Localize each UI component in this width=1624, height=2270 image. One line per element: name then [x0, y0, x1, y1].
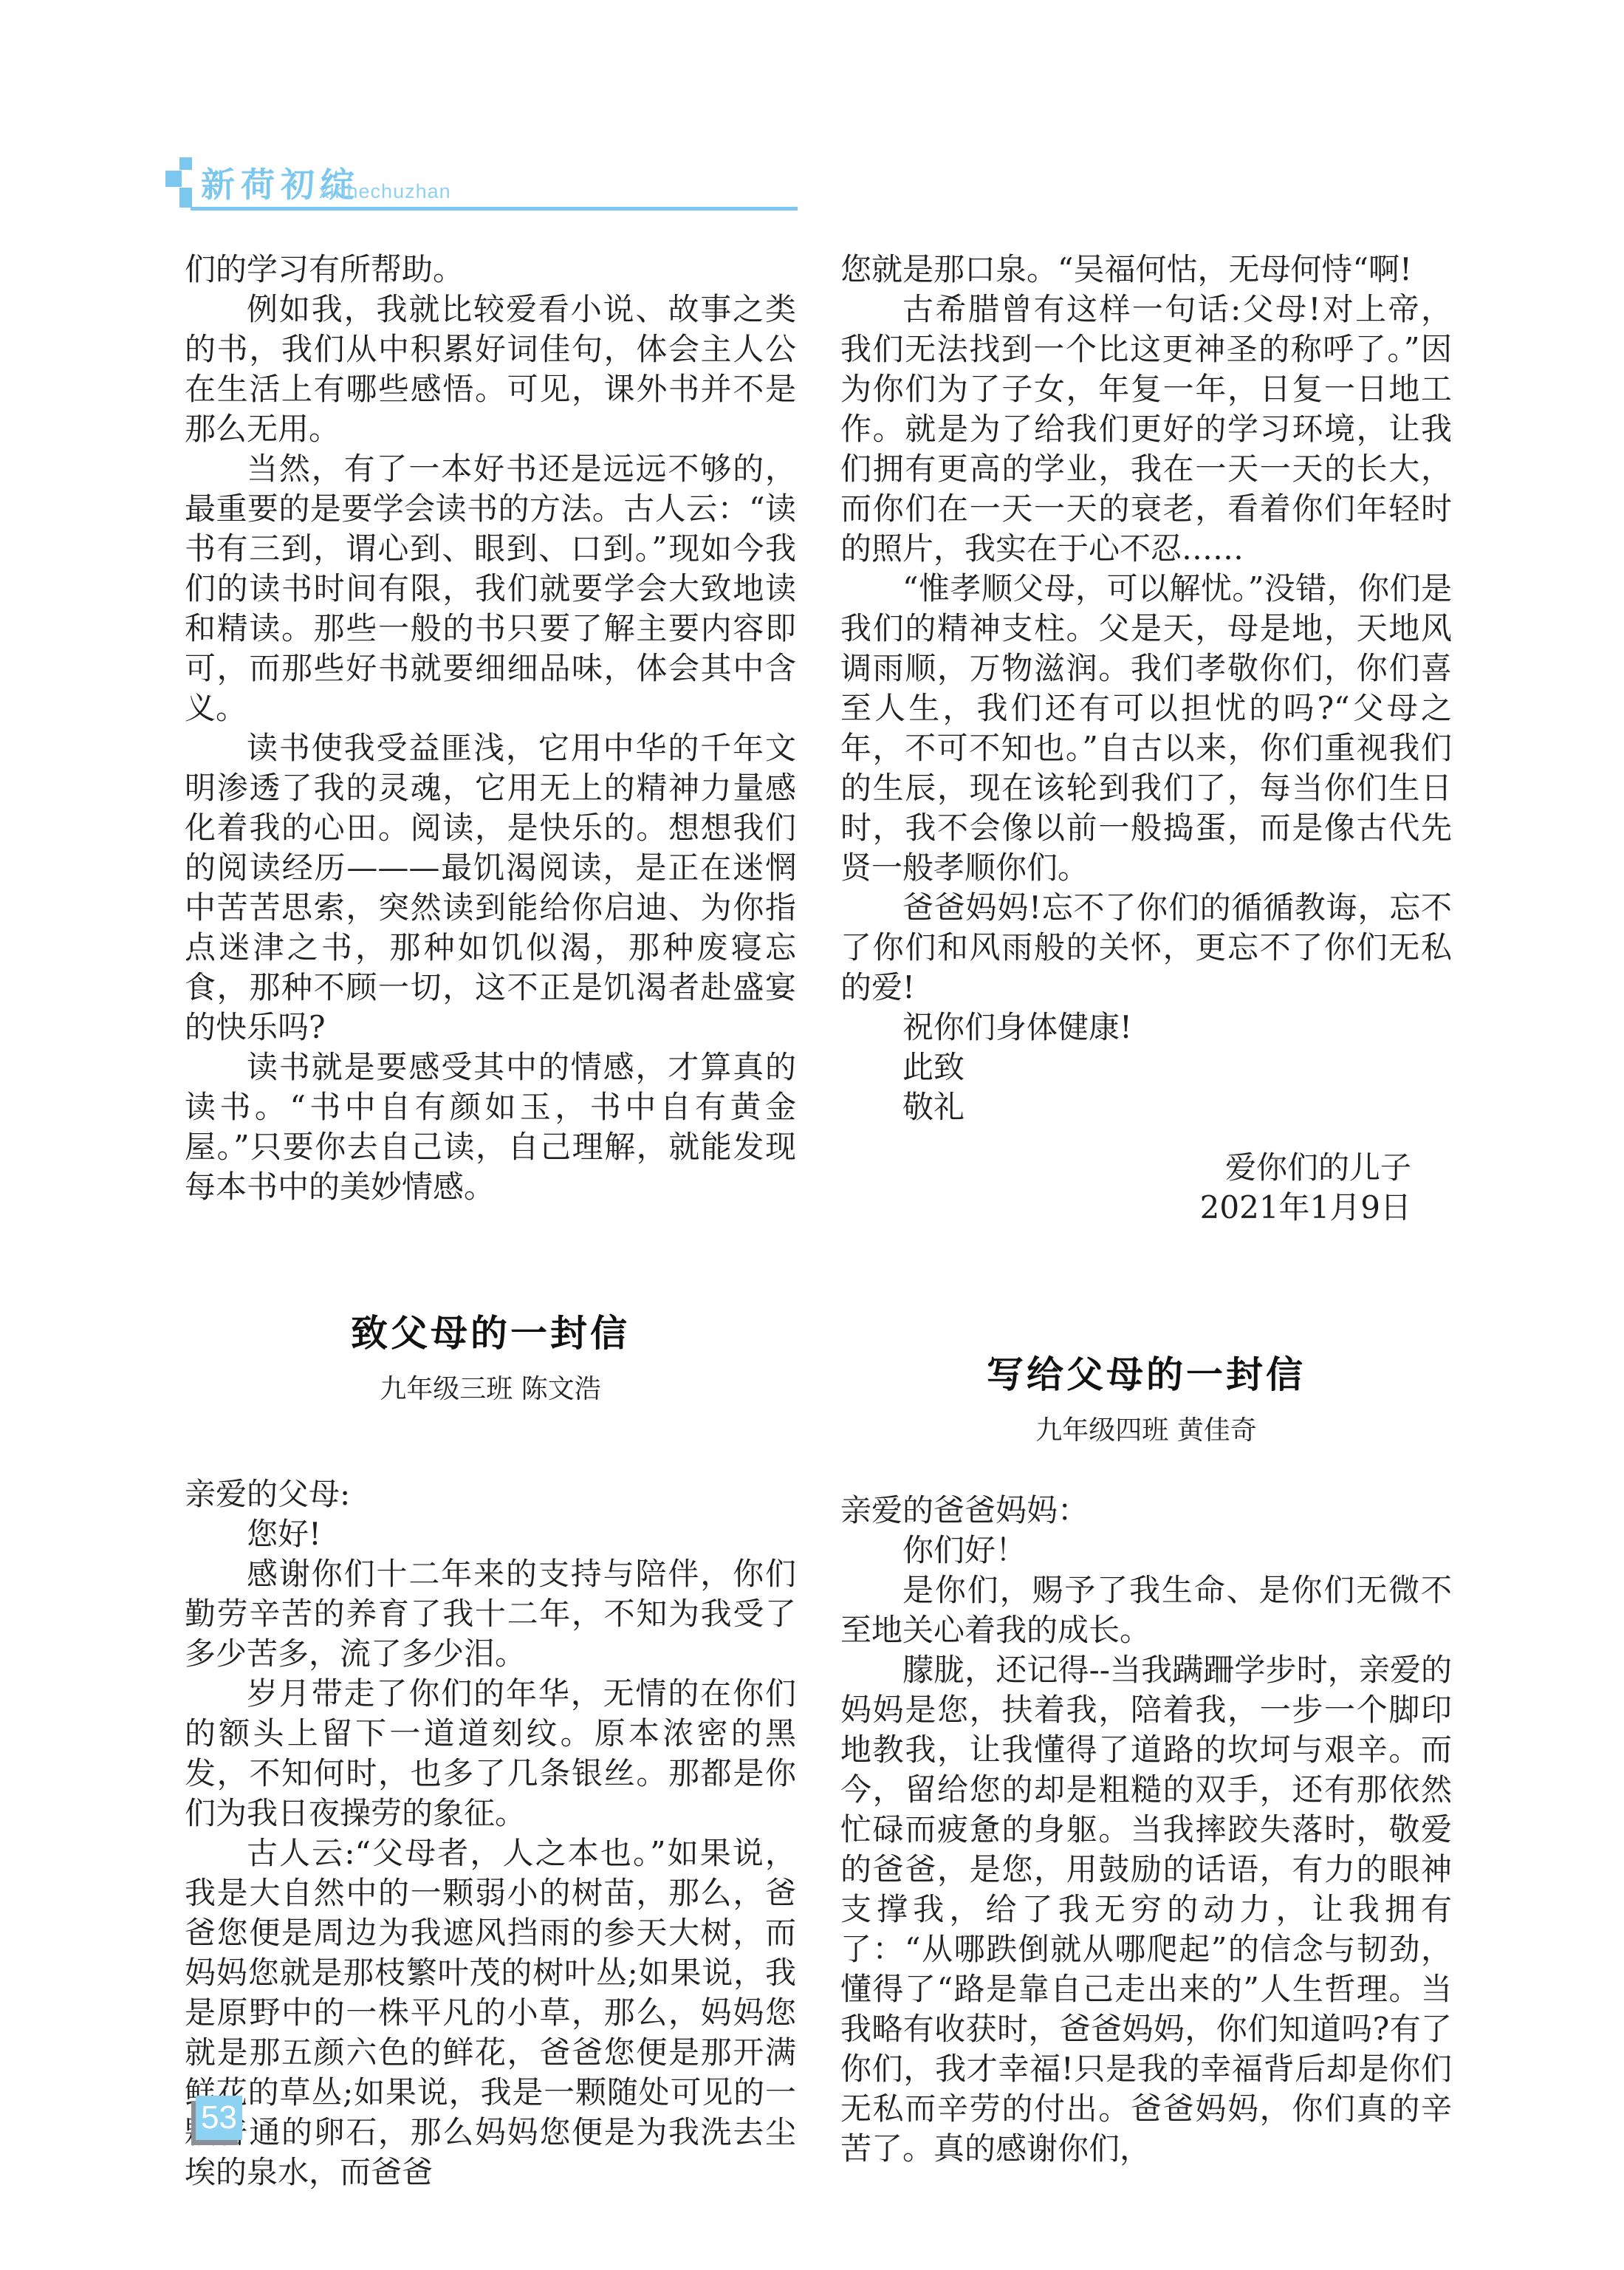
body-paragraph: 读书就是要感受其中的情感，才算真的读书。“书中自有颜如玉，书中自有黄金屋。”只要… — [185, 1047, 796, 1207]
body-paragraph: 岁月带走了你们的年华，无情的在你们的额头上留下一道道刻纹。原本浓密的黑发，不知何… — [185, 1674, 796, 1833]
header-rule — [191, 207, 798, 211]
letter-salutation: 亲爱的父母: — [185, 1474, 796, 1514]
left-column: 们的学习有所帮助。 例如我，我就比较爱看小说、故事之类的书，我们从中积累好词佳句… — [185, 250, 796, 2192]
logo-square-top-icon — [179, 157, 192, 170]
page-number: 53 — [201, 2099, 237, 2136]
logo-square-bottom-icon — [179, 188, 192, 208]
letter-wish: 祝你们身体健康! — [840, 1008, 1452, 1047]
body-paragraph: 古希腊曾有这样一句话:父母!对上帝，我们无法找到一个比这更神圣的称呼了。”因为你… — [840, 290, 1452, 569]
section-logo-pinyin: xinhechuzhan — [319, 180, 451, 203]
article-title: 写给父母的一封信 — [840, 1352, 1452, 1398]
article-title: 致父母的一封信 — [185, 1310, 796, 1356]
letter-closing: 此致 — [840, 1047, 1452, 1087]
body-paragraph: 读书使我受益匪浅，它用中华的千年文明渗透了我的灵魂，它用无上的精神力量感化着我的… — [185, 728, 796, 1047]
body-paragraph: 们的学习有所帮助。 — [185, 250, 796, 290]
body-paragraph: 当然，有了一本好书还是远远不够的，最重要的是要学会读书的方法。古人云：“读书有三… — [185, 449, 796, 728]
letter-signature: 爱你们的儿子 — [840, 1148, 1452, 1188]
letter-date: 2021年1月9日 — [840, 1188, 1452, 1228]
right-column: 您就是那口泉。“吴福何怙，无母何恃“啊! 古希腊曾有这样一句话:父母!对上帝，我… — [840, 250, 1452, 2169]
letter-closing: 敬礼 — [840, 1087, 1452, 1127]
logo-square-middle-icon — [165, 171, 182, 187]
article-author: 九年级四班 黄佳奇 — [840, 1414, 1452, 1448]
letter-salutation: 亲爱的爸爸妈妈： — [840, 1491, 1452, 1531]
page-header: 新荷初绽 xinhechuzhan — [0, 0, 1624, 222]
body-paragraph: 感谢你们十二年来的支持与陪伴，你们勤劳辛苦的养育了我十二年，不知为我受了多少苦多… — [185, 1554, 796, 1674]
body-paragraph: “惟孝顺父母，可以解忧。”没错，你们是我们的精神支柱。父是天，母是地，天地风调雨… — [840, 569, 1452, 888]
body-paragraph: 朦胧，还记得--当我蹒跚学步时，亲爱的妈妈是您，扶着我，陪着我，一步一个脚印地教… — [840, 1650, 1452, 2169]
body-paragraph: 例如我，我就比较爱看小说、故事之类的书，我们从中积累好词佳句，体会主人公在生活上… — [185, 290, 796, 449]
magazine-page: 新荷初绽 xinhechuzhan 们的学习有所帮助。 例如我，我就比较爱看小说… — [0, 0, 1624, 2270]
letter-greeting: 你们好！ — [840, 1531, 1452, 1570]
letter-greeting: 您好! — [185, 1514, 796, 1554]
article-author: 九年级三班 陈文浩 — [185, 1372, 796, 1406]
page-number-badge: 53 — [196, 2096, 242, 2140]
body-paragraph: 爸爸妈妈!忘不了你们的循循教诲，忘不了你们和风雨般的关怀，更忘不了你们无私的爱! — [840, 888, 1452, 1008]
body-paragraph: 您就是那口泉。“吴福何怙，无母何恃“啊! — [840, 250, 1452, 290]
body-paragraph: 古人云:“父母者，人之本也。”如果说，我是大自然中的一颗弱小的树苗，那么，爸爸您… — [185, 1833, 796, 2192]
body-paragraph: 是你们，赐予了我生命、是你们无微不至地关心着我的成长。 — [840, 1570, 1452, 1650]
